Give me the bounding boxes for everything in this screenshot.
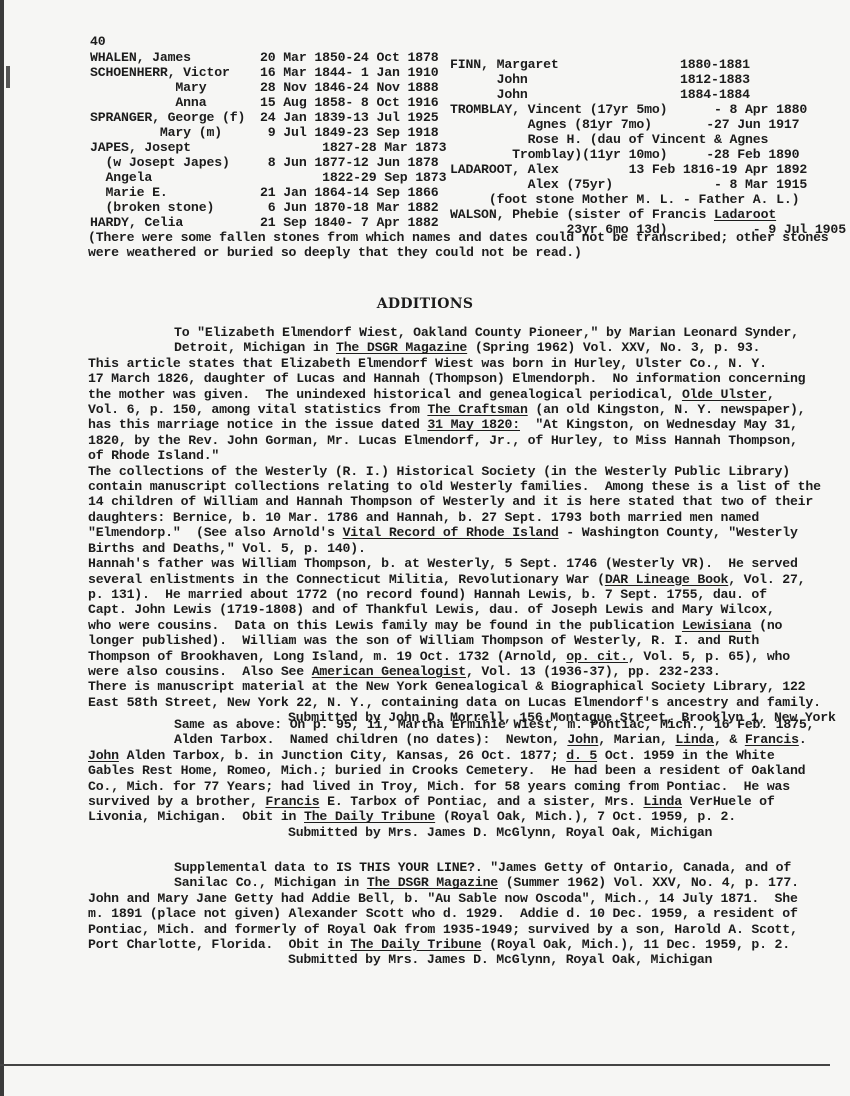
- burial-entry: (w Josept Japes) 8 Jun 1877-12 Jun 1878: [90, 155, 450, 170]
- addition-getty: Supplemental data to IS THIS YOUR LINE?.…: [88, 860, 788, 968]
- text-line: Submitted by Mrs. James D. McGlynn, Roya…: [88, 952, 788, 967]
- burial-entry: TROMBLAY, Vincent (17yr 5mo) - 8 Apr 188…: [450, 102, 830, 117]
- text-line: Alden Tarbox. Named children (no dates):…: [88, 732, 788, 747]
- text-run: (no: [751, 618, 782, 633]
- burial-entry: Rose H. (dau of Vincent & Agnes: [450, 132, 830, 147]
- burial-text: (foot stone Mother M. L. - Father A. L.): [450, 192, 799, 207]
- text-run: Thompson of Brookhaven, Long Island, m. …: [88, 649, 566, 664]
- burial-dates: 20 Mar 1850-24 Oct 1878: [260, 50, 439, 65]
- burial-text: Alex (75yr) - 8 Mar 1915: [450, 177, 807, 192]
- text-line: To "Elizabeth Elmendorf Wiest, Oakland C…: [88, 325, 788, 340]
- text-line: the mother was given. The unindexed hist…: [88, 387, 788, 402]
- text-line: of Rhode Island.": [88, 448, 788, 463]
- text-line: The collections of the Westerly (R. I.) …: [88, 464, 788, 479]
- burial-entry: WALSON, Phebie (sister of Francis Ladaro…: [450, 207, 830, 222]
- text-run: .: [799, 732, 807, 747]
- burial-dates: 16 Mar 1844- 1 Jan 1910: [260, 65, 439, 80]
- text-line: Livonia, Michigan. Obit in The Daily Tri…: [88, 809, 788, 824]
- burial-entry: Marie E.21 Jan 1864-14 Sep 1866: [90, 185, 450, 200]
- text-run: Alden Tarbox, b. in Junction City, Kansa…: [119, 748, 566, 763]
- text-run: were also cousins. Also See: [88, 664, 312, 679]
- text-line: 1820, by the Rev. John Gorman, Mr. Lucas…: [88, 433, 788, 448]
- underlined-title: Linda: [643, 794, 682, 809]
- burial-name: SPRANGER, George (f): [90, 110, 245, 125]
- underlined-title: d. 5: [566, 748, 597, 763]
- text-line: Thompson of Brookhaven, Long Island, m. …: [88, 649, 788, 664]
- text-line: (There were some fallen stones from whic…: [88, 230, 788, 245]
- text-run: , Vol. 27,: [728, 572, 805, 587]
- text-run: VerHuele of: [682, 794, 775, 809]
- text-line: This article states that Elizabeth Elmen…: [88, 356, 788, 371]
- addition-elmendorf-wiest: To "Elizabeth Elmendorf Wiest, Oakland C…: [88, 325, 788, 726]
- burial-dates: 1880-1881: [680, 57, 750, 72]
- burial-name: WHALEN, James: [90, 50, 191, 65]
- underlined-title: The DSGR Magazine: [336, 340, 467, 355]
- text-line: Vol. 6, p. 150, among vital statistics f…: [88, 402, 788, 417]
- text-run: who were cousins. Data on this Lewis fam…: [88, 618, 682, 633]
- burial-entry: John1812-1883: [450, 72, 830, 87]
- burial-entry: LADAROOT, Alex 13 Feb 1816-19 Apr 1892: [450, 162, 830, 177]
- burial-name: John: [450, 72, 528, 87]
- text-line: contain manuscript collections relating …: [88, 479, 788, 494]
- burial-name: Mary: [90, 80, 206, 95]
- text-line: 14 children of William and Hannah Thomps…: [88, 494, 788, 509]
- text-line: Port Charlotte, Florida. Obit in The Dai…: [88, 937, 788, 952]
- text-run: has this marriage notice in the issue da…: [88, 417, 427, 432]
- text-run: "Elmendorp." (See also Arnold's: [88, 525, 343, 540]
- underlined-title: John: [88, 748, 119, 763]
- text-run: Vol. 6, p. 150, among vital statistics f…: [88, 402, 427, 417]
- text-line: Sanilac Co., Michigan in The DSGR Magazi…: [88, 875, 788, 890]
- burial-dates: 15 Aug 1858- 8 Oct 1916: [260, 95, 439, 110]
- page-edge-bottom: [0, 1064, 830, 1066]
- page-edge-left: [0, 0, 4, 1096]
- burial-name: (w Josept Japes): [90, 155, 230, 170]
- burial-entry: Anna15 Aug 1858- 8 Oct 1916: [90, 95, 450, 110]
- burial-entry: Mary (m) 9 Jul 1849-23 Sep 1918: [90, 125, 450, 140]
- text-run: survived by a brother,: [88, 794, 265, 809]
- text-run: , Vol. 13 (1936-37), pp. 232-233.: [466, 664, 721, 679]
- cemetery-list-right: FINN, Margaret1880-1881 John1812-1883 Jo…: [450, 57, 830, 237]
- text-line: Submitted by Mrs. James D. McGlynn, Roya…: [88, 825, 788, 840]
- underlined-title: American Genealogist: [312, 664, 466, 679]
- text-line: has this marriage notice in the issue da…: [88, 417, 788, 432]
- text-line: daughters: Bernice, b. 10 Mar. 1786 and …: [88, 510, 788, 525]
- text-line: There is manuscript material at the New …: [88, 679, 788, 694]
- addition-tarbox: Same as above: On p. 95, ii, Martha Ermi…: [88, 717, 788, 840]
- burial-name: SCHOENHERR, Victor: [90, 65, 230, 80]
- burial-text: Agnes (81yr 7mo) -27 Jun 1917: [450, 117, 799, 132]
- burial-dates: 8 Jun 1877-12 Jun 1878: [260, 155, 439, 170]
- burial-entry: Tromblay)(11yr 10mo) -28 Feb 1890: [450, 147, 830, 162]
- burial-entry: (foot stone Mother M. L. - Father A. L.): [450, 192, 830, 207]
- burial-text: TROMBLAY, Vincent (17yr 5mo) - 8 Apr 188…: [450, 102, 807, 117]
- burial-dates: 1827-28 Mar 1873: [260, 140, 446, 155]
- text-run: WALSON, Phebie (sister of Francis: [450, 207, 714, 222]
- text-run: , &: [714, 732, 745, 747]
- text-line: 17 March 1826, daughter of Lucas and Han…: [88, 371, 788, 386]
- burial-name: (broken stone): [90, 200, 214, 215]
- text-line: Co., Mich. for 77 Years; had lived in Tr…: [88, 779, 788, 794]
- underlined-title: Olde Ulster: [682, 387, 767, 402]
- text-run: Ladaroot: [714, 207, 776, 222]
- burial-entry: HARDY, Celia21 Sep 1840- 7 Apr 1882: [90, 215, 450, 230]
- text-line: Same as above: On p. 95, ii, Martha Ermi…: [88, 717, 788, 732]
- cemetery-list-left: WHALEN, James20 Mar 1850-24 Oct 1878SCHO…: [90, 50, 450, 230]
- burial-entry: Angela 1822-29 Sep 1873: [90, 170, 450, 185]
- text-run: (Royal Oak, Mich.), 7 Oct. 1959, p. 2.: [435, 809, 736, 824]
- text-run: Alden Tarbox. Named children (no dates):…: [174, 732, 567, 747]
- burial-name: Marie E.: [90, 185, 168, 200]
- burial-dates: 21 Jan 1864-14 Sep 1866: [260, 185, 439, 200]
- text-line: John and Mary Jane Getty had Addie Bell,…: [88, 891, 788, 906]
- burial-dates: 1884-1884: [680, 87, 750, 102]
- burial-entry: (broken stone) 6 Jun 1870-18 Mar 1882: [90, 200, 450, 215]
- text-run: (Royal Oak, Mich.), 11 Dec. 1959, p. 2.: [481, 937, 790, 952]
- text-line: Gables Rest Home, Romeo, Mich.; buried i…: [88, 763, 788, 778]
- text-run: - Washington County, "Westerly: [559, 525, 798, 540]
- text-line: East 58th Street, New York 22, N. Y., co…: [88, 695, 788, 710]
- text-run: Sanilac Co., Michigan in: [174, 875, 367, 890]
- text-line: Capt. John Lewis (1719-1808) and of Than…: [88, 602, 788, 617]
- burial-name: Anna: [90, 95, 206, 110]
- text-line: Detroit, Michigan in The DSGR Magazine (…: [88, 340, 788, 355]
- text-run: , Marian,: [598, 732, 675, 747]
- text-run: Detroit, Michigan in: [174, 340, 336, 355]
- text-run: E. Tarbox of Pontiac, and a sister, Mrs.: [319, 794, 643, 809]
- text-line: were also cousins. Also See American Gen…: [88, 664, 788, 679]
- underlined-title: The Daily Tribune: [304, 809, 435, 824]
- underlined-title: op. cit.: [566, 649, 628, 664]
- underlined-title: Vital Record of Rhode Island: [343, 525, 559, 540]
- fallen-stones-note: (There were some fallen stones from whic…: [88, 230, 788, 261]
- burial-entry: JAPES, Josept 1827-28 Mar 1873: [90, 140, 450, 155]
- document-page: 40 WHALEN, James20 Mar 1850-24 Oct 1878S…: [0, 0, 850, 1096]
- text-line: several enlistments in the Connecticut M…: [88, 572, 788, 587]
- text-run: (Spring 1962) Vol. XXV, No. 3, p. 93.: [467, 340, 760, 355]
- page-number: 40: [90, 34, 106, 49]
- text-run: (Summer 1962) Vol. XXV, No. 4, p. 177.: [498, 875, 799, 890]
- text-run: Oct. 1959 in the White: [597, 748, 774, 763]
- text-run: "At Kingston, on Wednesday May 31,: [520, 417, 798, 432]
- burial-name: HARDY, Celia: [90, 215, 183, 230]
- underlined-title: 31 May 1820:: [427, 417, 520, 432]
- binding-mark: [6, 66, 10, 88]
- text-line: were weathered or buried so deeply that …: [88, 245, 788, 260]
- burial-dates: 9 Jul 1849-23 Sep 1918: [260, 125, 439, 140]
- burial-text: Tromblay)(11yr 10mo) -28 Feb 1890: [450, 147, 799, 162]
- burial-entry: SCHOENHERR, Victor16 Mar 1844- 1 Jan 191…: [90, 65, 450, 80]
- text-run: several enlistments in the Connecticut M…: [88, 572, 605, 587]
- burial-entry: FINN, Margaret1880-1881: [450, 57, 830, 72]
- burial-entry: SPRANGER, George (f)24 Jan 1839-13 Jul 1…: [90, 110, 450, 125]
- text-line: "Elmendorp." (See also Arnold's Vital Re…: [88, 525, 788, 540]
- burial-text: Rose H. (dau of Vincent & Agnes: [450, 132, 768, 147]
- text-run: , Vol. 5, p. 65), who: [628, 649, 790, 664]
- text-run: Port Charlotte, Florida. Obit in: [88, 937, 350, 952]
- burial-entry: Alex (75yr) - 8 Mar 1915: [450, 177, 830, 192]
- burial-text: WALSON, Phebie (sister of Francis Ladaro…: [450, 207, 776, 222]
- text-run: ,: [767, 387, 775, 402]
- text-line: m. 1891 (place not given) Alexander Scot…: [88, 906, 788, 921]
- underlined-title: Francis: [265, 794, 319, 809]
- burial-name: Angela: [90, 170, 152, 185]
- burial-entry: WHALEN, James20 Mar 1850-24 Oct 1878: [90, 50, 450, 65]
- burial-entry: John1884-1884: [450, 87, 830, 102]
- burial-text: LADAROOT, Alex 13 Feb 1816-19 Apr 1892: [450, 162, 807, 177]
- text-line: longer published). William was the son o…: [88, 633, 788, 648]
- burial-dates: 28 Nov 1846-24 Nov 1888: [260, 80, 439, 95]
- text-line: John Alden Tarbox, b. in Junction City, …: [88, 748, 788, 763]
- text-run: (an old Kingston, N. Y. newspaper),: [528, 402, 806, 417]
- text-line: Pontiac, Mich. and formerly of Royal Oak…: [88, 922, 788, 937]
- underlined-title: Linda: [675, 732, 714, 747]
- text-line: p. 131). He married about 1772 (no recor…: [88, 587, 788, 602]
- burial-name: FINN, Margaret: [450, 57, 559, 72]
- text-line: survived by a brother, Francis E. Tarbox…: [88, 794, 788, 809]
- burial-dates: 21 Sep 1840- 7 Apr 1882: [260, 215, 439, 230]
- burial-name: John: [450, 87, 528, 102]
- burial-entry: Agnes (81yr 7mo) -27 Jun 1917: [450, 117, 830, 132]
- burial-dates: 1812-1883: [680, 72, 750, 87]
- burial-dates: 1822-29 Sep 1873: [260, 170, 446, 185]
- burial-dates: 24 Jan 1839-13 Jul 1925: [260, 110, 439, 125]
- underlined-title: Lewisiana: [682, 618, 751, 633]
- text-line: Supplemental data to IS THIS YOUR LINE?.…: [88, 860, 788, 875]
- text-line: Births and Deaths," Vol. 5, p. 140).: [88, 541, 788, 556]
- text-line: Hannah's father was William Thompson, b.…: [88, 556, 788, 571]
- underlined-title: John: [567, 732, 598, 747]
- underlined-title: The Craftsman: [427, 402, 527, 417]
- text-run: the mother was given. The unindexed hist…: [88, 387, 682, 402]
- burial-dates: 6 Jun 1870-18 Mar 1882: [260, 200, 439, 215]
- burial-entry: Mary28 Nov 1846-24 Nov 1888: [90, 80, 450, 95]
- text-line: who were cousins. Data on this Lewis fam…: [88, 618, 788, 633]
- underlined-title: The Daily Tribune: [350, 937, 481, 952]
- text-run: Livonia, Michigan. Obit in: [88, 809, 304, 824]
- burial-name: Mary (m): [90, 125, 222, 140]
- underlined-title: DAR Lineage Book: [605, 572, 728, 587]
- underlined-title: The DSGR Magazine: [367, 875, 498, 890]
- burial-name: JAPES, Josept: [90, 140, 191, 155]
- section-heading-additions: ADDITIONS: [0, 296, 850, 312]
- underlined-title: Francis: [745, 732, 799, 747]
